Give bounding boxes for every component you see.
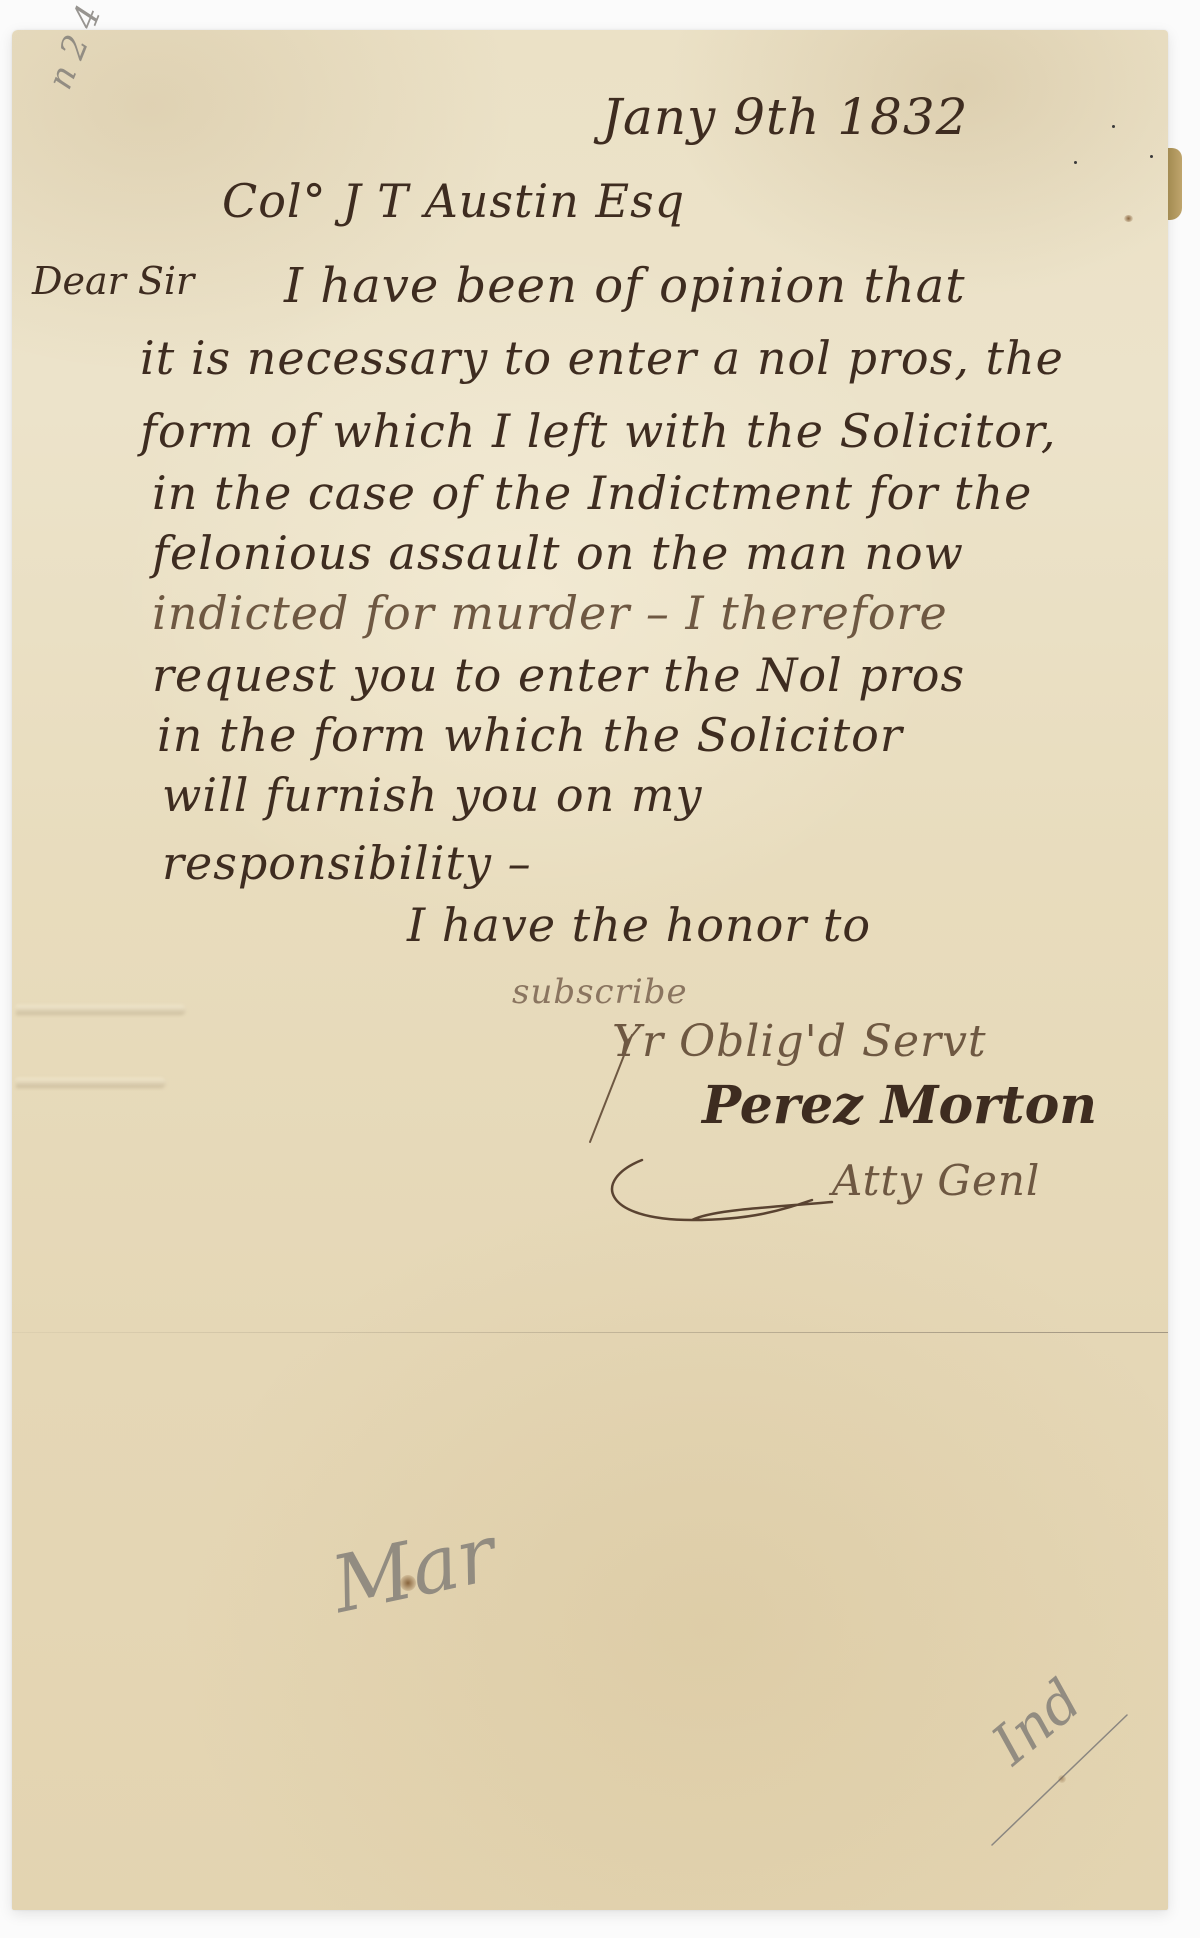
addressee: Col° J T Austin Esq (222, 178, 685, 224)
pencil-note-bottom-right: Ind (980, 1667, 1094, 1777)
body-line: felonious assault on the man now (152, 530, 964, 576)
dateline: Jany 9th 1832 (602, 92, 968, 142)
body-line: indicted for murder – I therefore (152, 590, 948, 636)
scan-background: n 2 4 Jany 9th 1832 Col° J T Austin Esq … (0, 0, 1200, 1938)
closing-line: subscribe (512, 975, 688, 1009)
embossed-ridge (16, 1078, 166, 1088)
ink-speck (1074, 161, 1077, 164)
body-line: in the case of the Indictment for the (152, 470, 1032, 516)
ink-blot (1124, 215, 1133, 222)
body-line: will furnish you on my (162, 772, 702, 818)
signature-name: Perez Morton (702, 1080, 1097, 1132)
embossed-ridge (16, 1005, 186, 1015)
body-line: I have been of opinion that (284, 262, 966, 310)
signature-title: Atty Genl (832, 1160, 1040, 1202)
body-line: request you to enter the Nol pros (152, 652, 965, 698)
ink-speck (1150, 155, 1153, 158)
body-line: responsibility – (162, 840, 532, 886)
body-line: in the form which the Solicitor (157, 712, 903, 758)
body-line: form of which I left with the Solicitor, (140, 408, 1057, 454)
closing-line: Yr Oblig'd Servt (612, 1020, 987, 1064)
letter-page: n 2 4 Jany 9th 1832 Col° J T Austin Esq … (12, 30, 1168, 1910)
salutation: Dear Sir (32, 262, 194, 300)
ink-speck (1112, 125, 1115, 128)
horizontal-fold-crease (12, 1332, 1168, 1333)
foxing-spot (1058, 1775, 1066, 1783)
closing-line: I have the honor to (407, 902, 871, 948)
ink-stain (400, 1575, 416, 1591)
pencil-note-top-left: n 2 4 (40, 0, 110, 95)
body-line: it is necessary to enter a nol pros, the (140, 335, 1064, 381)
pencil-note-bottom-left: Mar (324, 1509, 503, 1631)
wax-seal-remnant (1168, 148, 1182, 220)
